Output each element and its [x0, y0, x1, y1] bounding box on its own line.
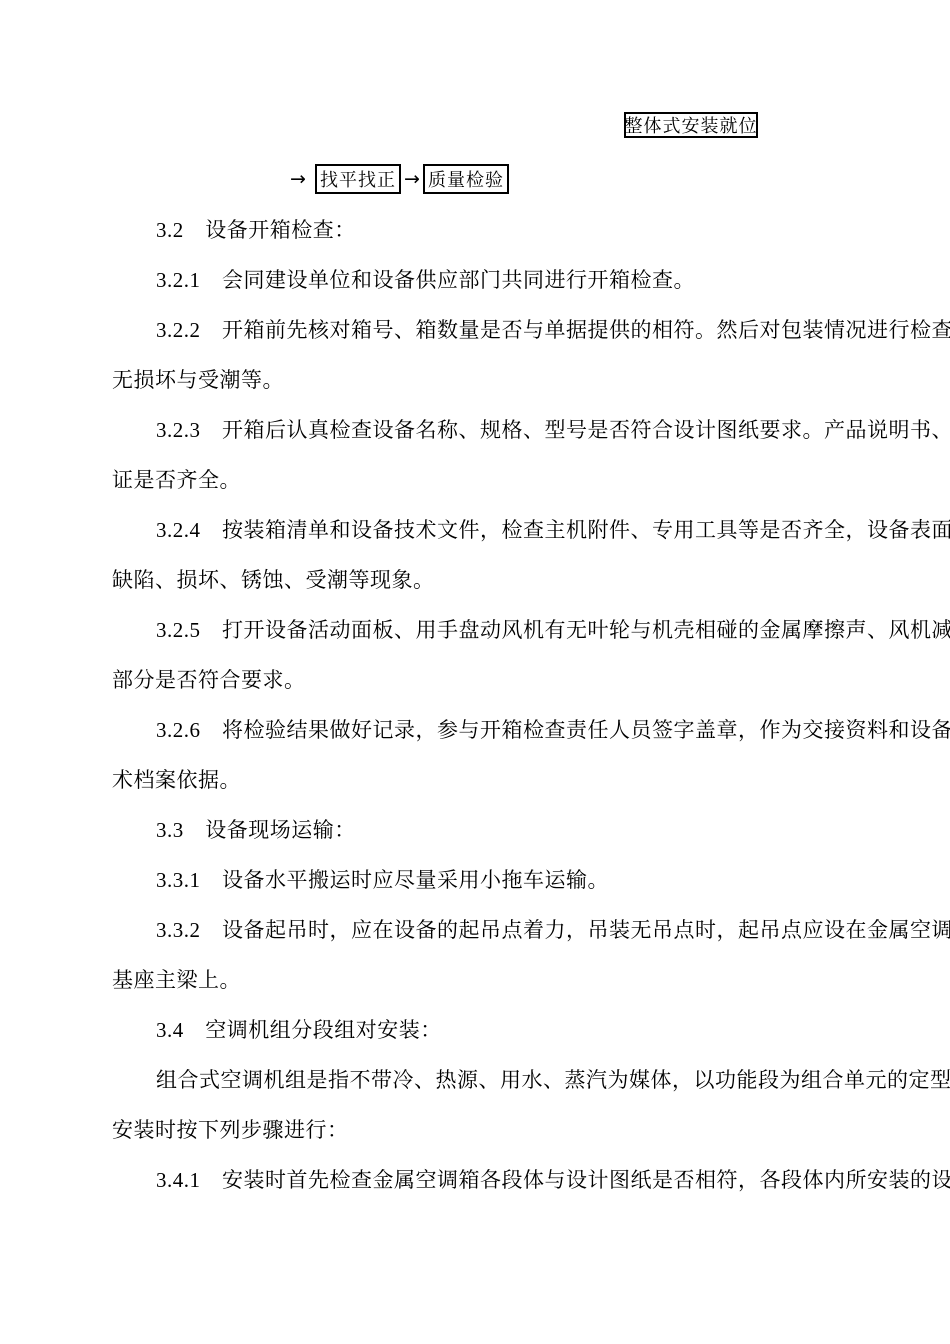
paragraph-3-2-6-line1: 3.2.6 将检验结果做好记录，参与开箱检查责任人员签字盖章，作为交接资料和设备…: [112, 705, 824, 755]
paragraph-3-2-2-line1: 3.2.2 开箱前先核对箱号、箱数量是否与单据提供的相符。然后对包装情况进行检查…: [112, 305, 824, 355]
paragraph-3-2-4-line2: 缺陷、损坏、锈蚀、受潮等现象。: [112, 555, 824, 605]
document-page: 整体式安装就位 → 找平找正 → 质量检验 3.2 设备开箱检查： 3.2.1 …: [0, 0, 950, 1344]
flowchart-box-integral-installation: 整体式安装就位: [624, 112, 758, 138]
flow-arrow-icon: →: [404, 164, 420, 194]
paragraph-3-2-2-line2: 无损坏与受潮等。: [112, 355, 824, 405]
flow-arrow-icon: →: [290, 164, 306, 194]
paragraph-3-3-1: 3.3.1 设备水平搬运时应尽量采用小拖车运输。: [112, 855, 824, 905]
paragraph-3-2-5-line2: 部分是否符合要求。: [112, 655, 824, 705]
document-body: 3.2 设备开箱检查： 3.2.1 会同建设单位和设备供应部门共同进行开箱检查。…: [112, 205, 824, 1205]
paragraph-3-4-1: 3.4.1 安装时首先检查金属空调箱各段体与设计图纸是否相符，各段体内所安装的设…: [112, 1155, 824, 1205]
paragraph-3-2-5-line1: 3.2.5 打开设备活动面板、用手盘动风机有无叶轮与机壳相碰的金属摩擦声、风机减…: [112, 605, 824, 655]
paragraph-3-3-2-line1: 3.3.2 设备起吊时，应在设备的起吊点着力，吊装无吊点时，起吊点应设在金属空调…: [112, 905, 824, 955]
paragraph-3-2-3-line1: 3.2.3 开箱后认真检查设备名称、规格、型号是否符合设计图纸要求。产品说明书、…: [112, 405, 824, 455]
section-heading-3-2: 3.2 设备开箱检查：: [112, 205, 824, 255]
flowchart-box-quality-inspection: 质量检验: [423, 164, 509, 194]
paragraph-3-2-3-line2: 证是否齐全。: [112, 455, 824, 505]
flowchart-box-leveling-alignment: 找平找正: [315, 164, 401, 194]
paragraph-3-4-intro-line2: 安装时按下列步骤进行：: [112, 1105, 824, 1155]
paragraph-3-3-2-line2: 基座主梁上。: [112, 955, 824, 1005]
section-heading-3-4: 3.4 空调机组分段组对安装：: [112, 1005, 824, 1055]
section-heading-3-3: 3.3 设备现场运输：: [112, 805, 824, 855]
paragraph-3-2-1: 3.2.1 会同建设单位和设备供应部门共同进行开箱检查。: [112, 255, 824, 305]
paragraph-3-2-6-line2: 术档案依据。: [112, 755, 824, 805]
paragraph-3-2-4-line1: 3.2.4 按装箱清单和设备技术文件，检查主机附件、专用工具等是否齐全，设备表面…: [112, 505, 824, 555]
paragraph-3-4-intro-line1: 组合式空调机组是指不带冷、热源、用水、蒸汽为媒体，以功能段为组合单元的定型产品，: [112, 1055, 824, 1105]
